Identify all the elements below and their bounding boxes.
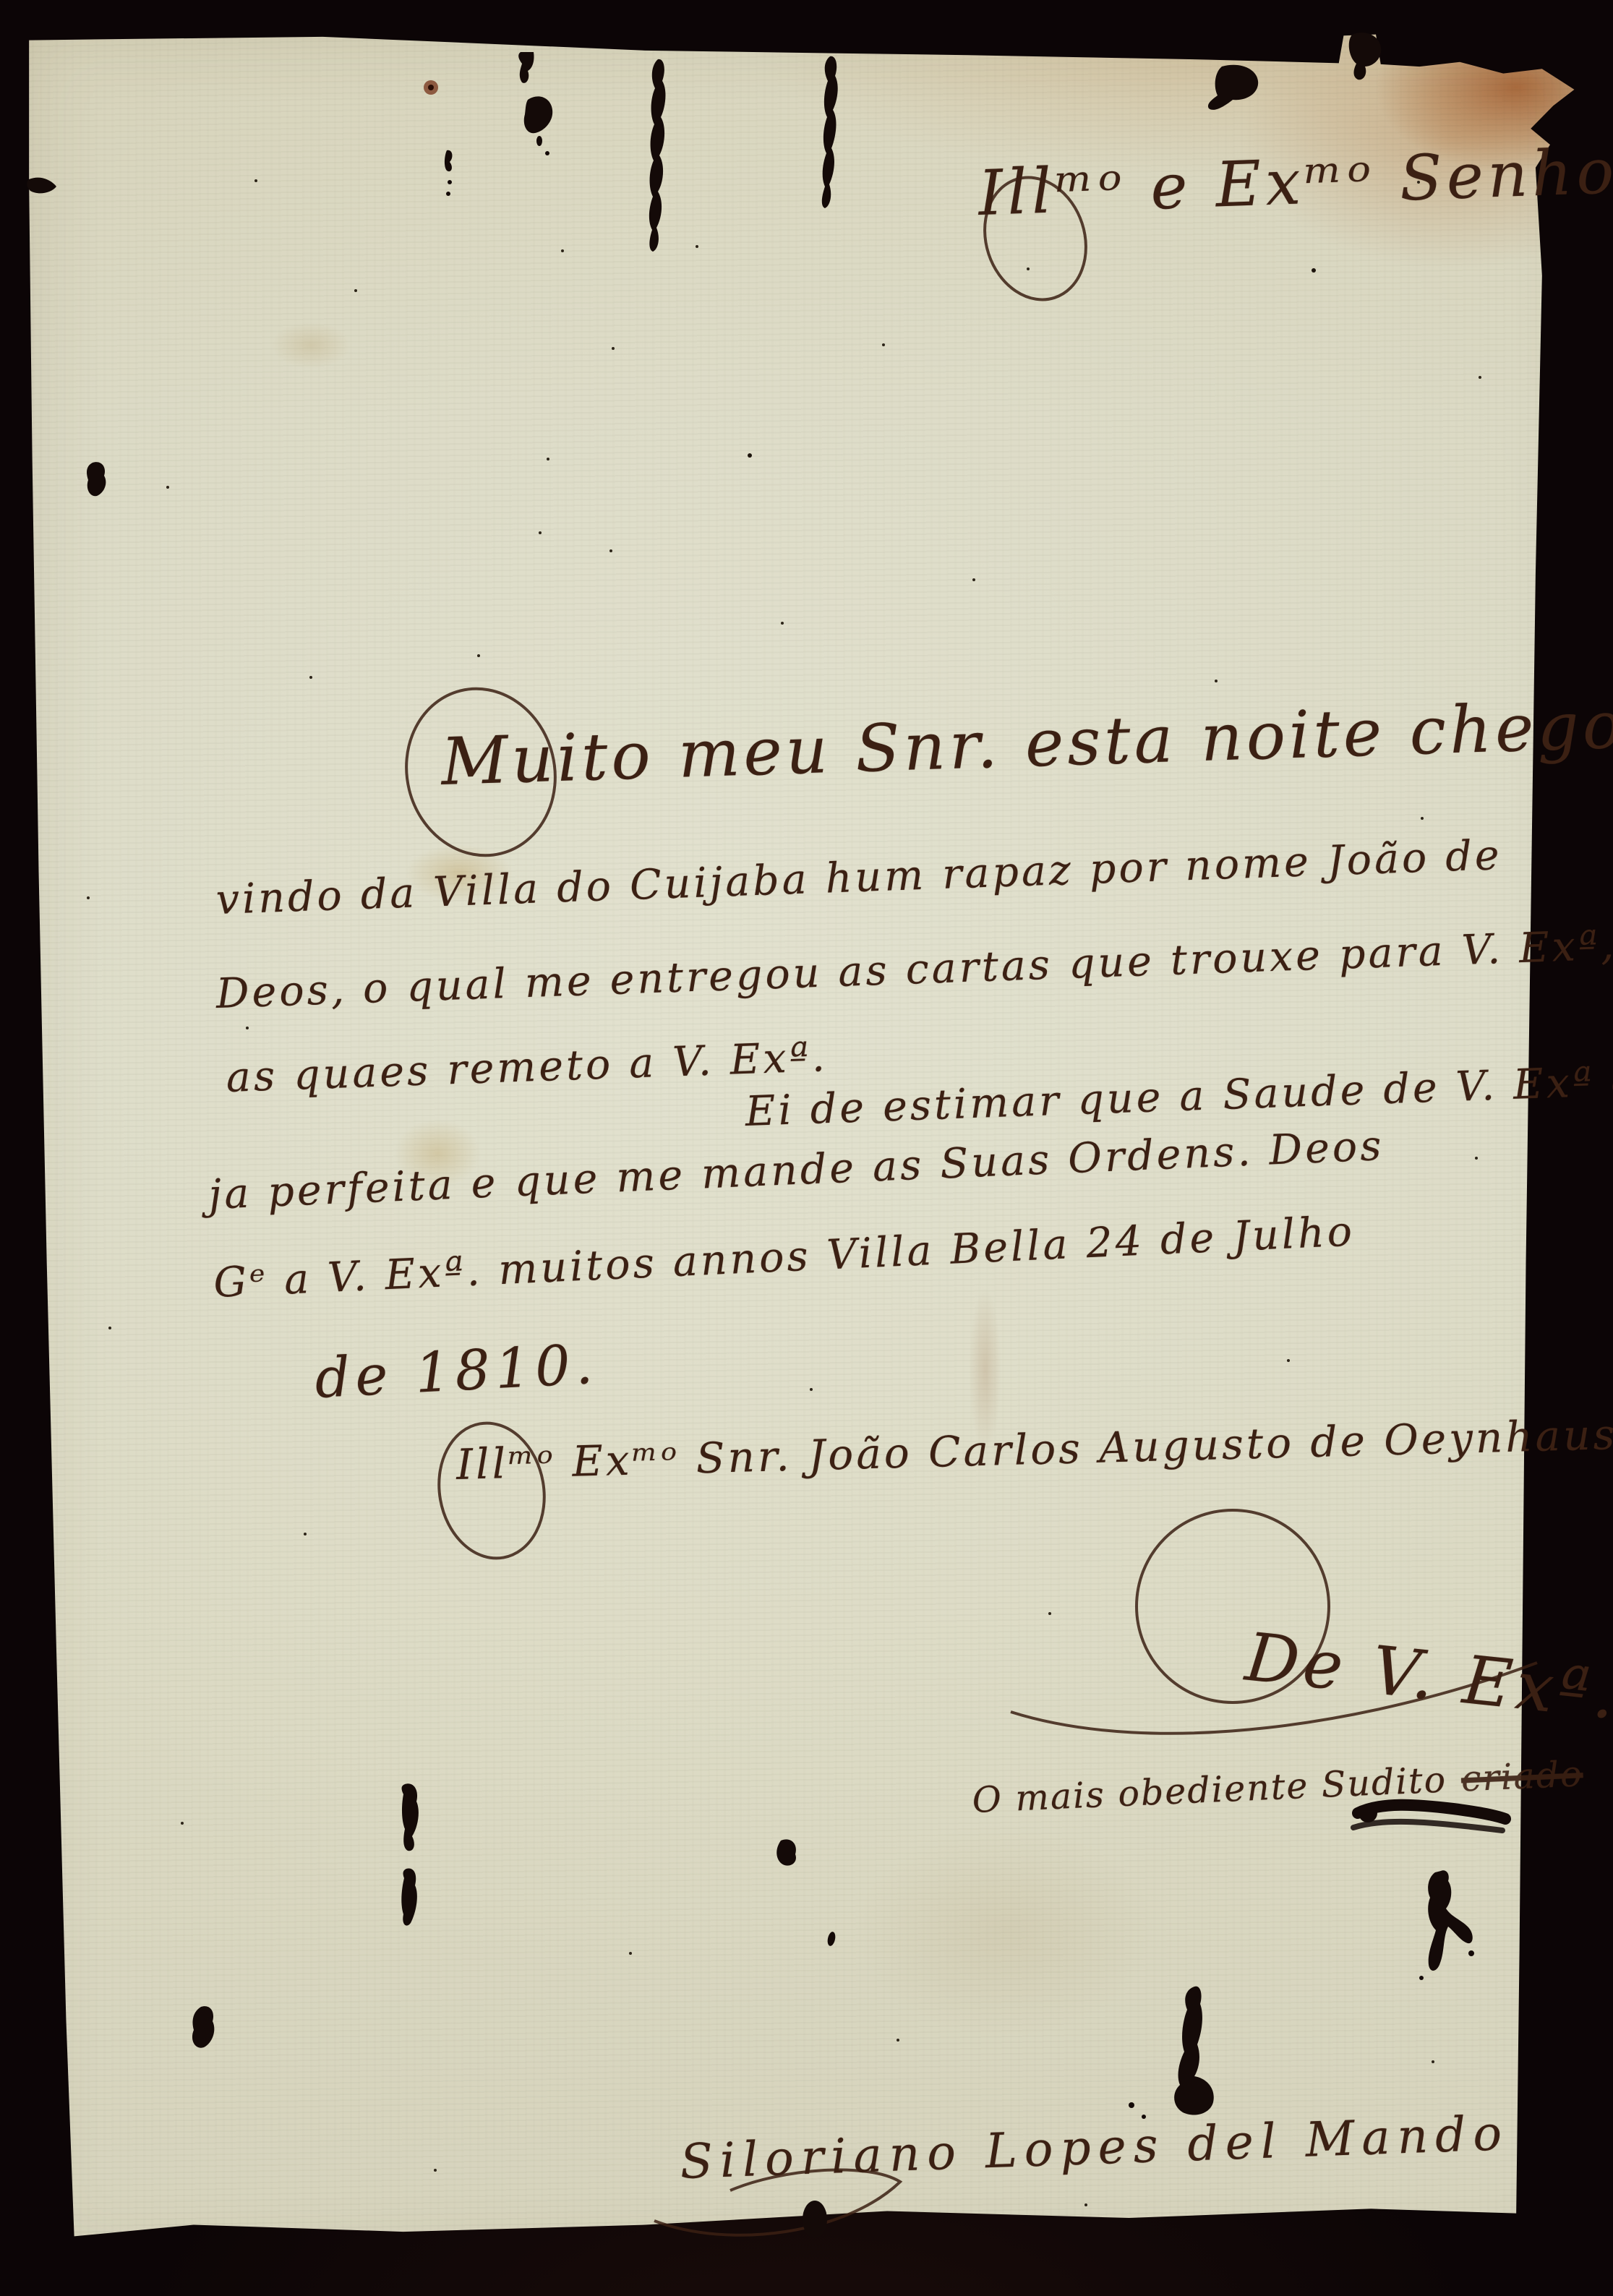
paper-stain bbox=[271, 322, 351, 369]
paper-specks bbox=[0, 0, 3, 3]
paper-stain bbox=[853, 1822, 1157, 2039]
closing-struck-word: criado bbox=[1460, 1753, 1584, 1799]
scanned-letter: Illᵐᵒ e Exᵐᵒ Senhor. Muito meu Snr. esta… bbox=[0, 0, 1613, 2296]
